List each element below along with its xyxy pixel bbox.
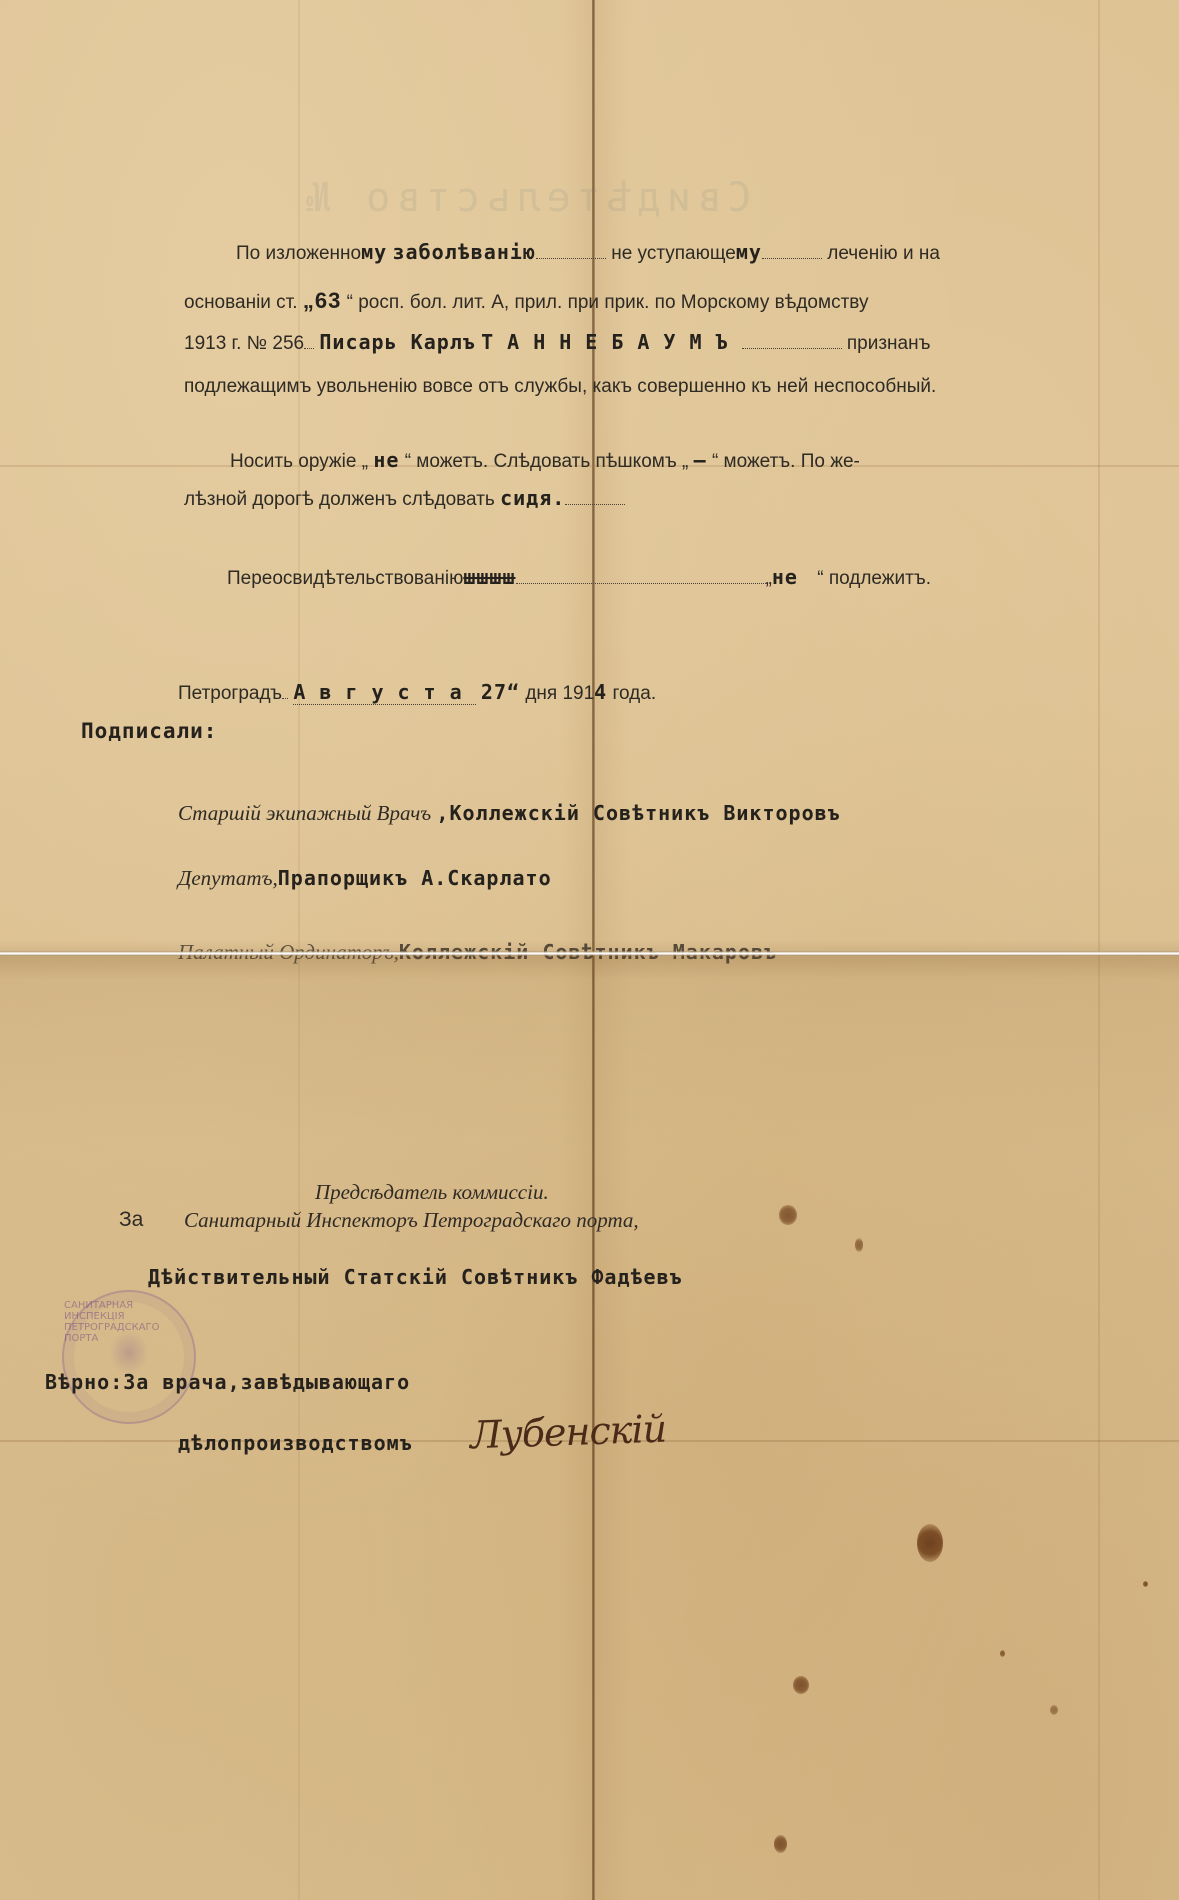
chairman-title: Санитарный Инспекторъ Петроградскаго пор… (184, 1208, 639, 1233)
signatory-name: ,Коллежскій Совѣтникъ Викторовъ (436, 801, 840, 825)
fill-bear-arms: не (373, 448, 399, 472)
certification-line2: дѣлопроизводствомъ (178, 1431, 413, 1455)
date-line: Петроградъ Августа 27“ дня 1914 года. (178, 680, 656, 705)
fill-day: 27“ (481, 680, 520, 704)
paragraph1-line2: основаніи ст. „63 “ росп. бол. лит. А, п… (184, 288, 868, 314)
stain (774, 1835, 787, 1853)
paragraph1-line1: По изложенному заболѣванію не уступающем… (236, 240, 940, 265)
horizontal-fold-shadow (0, 940, 1179, 980)
paragraph2-line2: лѣзной дорогѣ долженъ слѣдовать сидя. (184, 486, 625, 511)
signatory-1: Старшій экипажный Врачъ ,Коллежскій Совѣ… (178, 801, 841, 826)
fill-rail-travel: сидя. (500, 486, 565, 510)
fill-reexamination: не (772, 565, 798, 589)
paragraph1-line4: подлежащимъ увольненію вовсе отъ службы,… (184, 376, 936, 398)
stain (917, 1524, 943, 1562)
fill-article-number: „63 (303, 288, 341, 313)
horizontal-fold-crease (0, 951, 1179, 956)
fill-surname: ТАННЕБАУМЪ (481, 330, 741, 354)
fill-illness: заболѣванію (392, 240, 535, 264)
stain (793, 1676, 809, 1694)
signatory-name: Прапорщикъ А.Скарлато (278, 866, 552, 890)
fill-pronoun-ending: му (361, 240, 387, 264)
stain (779, 1205, 797, 1225)
fill-walk: — (694, 448, 707, 472)
stamp-eagle-icon (109, 1330, 149, 1375)
stain (1143, 1581, 1148, 1587)
signatory-title: Депутатъ, (178, 866, 278, 890)
stain (1050, 1705, 1058, 1715)
fill-struck-out: шшшш (463, 565, 515, 589)
paragraph1-line3: 1913 г. № 256 Писарь Карлъ ТАННЕБАУМЪ пр… (184, 330, 930, 355)
certification-line1: Вѣрно:За врача,завѣдывающаго (45, 1370, 410, 1394)
chairman-title-line: За (119, 1208, 143, 1232)
signatory-title: Старшій экипажный Врачъ (178, 801, 431, 825)
signed-heading: Подписали: (81, 719, 217, 743)
paragraph2-line1: Носить оружіе „ не “ можетъ. Слѣдовать п… (230, 448, 860, 473)
signatory-2: Депутатъ,Прапорщикъ А.Скарлато (178, 866, 552, 891)
official-stamp: САНИТАРНАЯ ИНСПЕКЦІЯ ПЕТРОГРАДСКАГО ПОРТ… (62, 1290, 196, 1424)
chairman-role: Предсѣдатель коммиссіи. (315, 1180, 549, 1205)
bleed-through-header: Свидѣтельство № (300, 175, 751, 221)
fill-adjective-ending: му (736, 240, 762, 264)
handwritten-signature: Лубенскій (469, 1407, 666, 1458)
za-label: За (119, 1208, 143, 1231)
paragraph3-line: Переосвидѣтельствованіюшшшш„не “ подлежи… (227, 565, 931, 590)
fill-year-digit: 4 (594, 680, 607, 704)
chairman-name: Дѣйствительный Статскій Совѣтникъ Фадѣев… (148, 1265, 683, 1289)
stain (855, 1238, 863, 1252)
fill-rank-name: Писарь Карлъ (319, 330, 476, 354)
stain (1000, 1650, 1005, 1657)
fill-month: Августа (293, 680, 475, 705)
